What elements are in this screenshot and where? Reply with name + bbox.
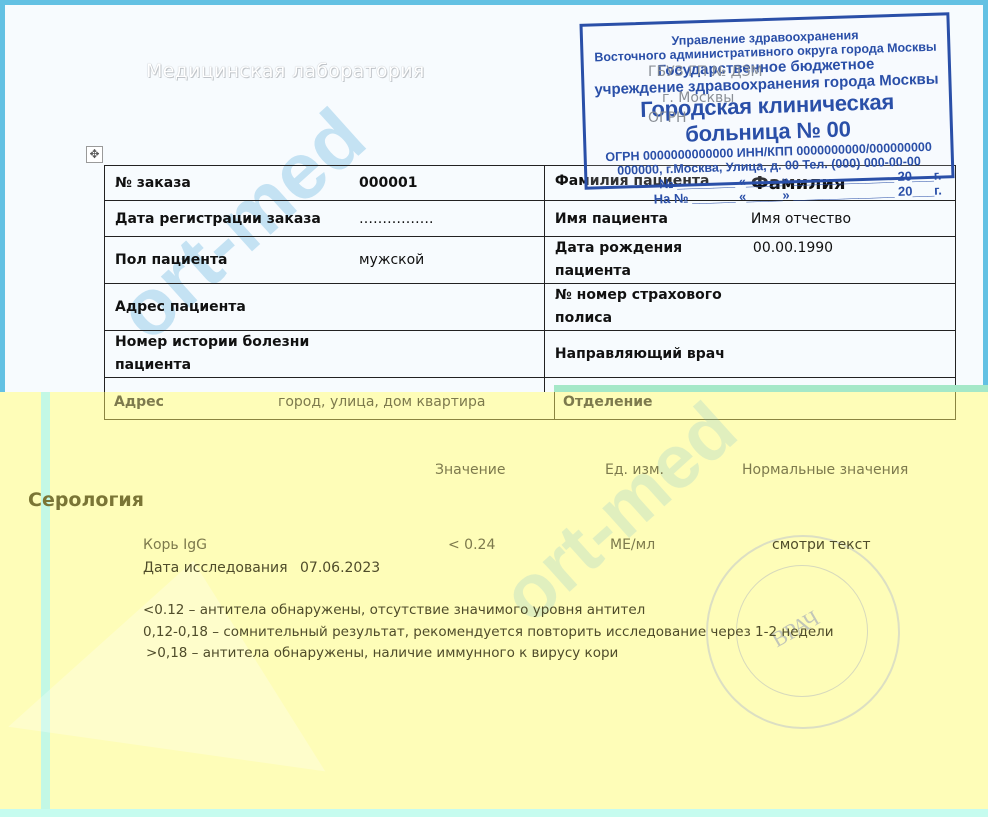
- policy-cell: № номер страхового полиса: [544, 284, 955, 331]
- sex-value[interactable]: мужской: [359, 252, 424, 268]
- table-move-handle-icon[interactable]: ✥: [86, 146, 103, 163]
- cell-divider: [554, 392, 555, 419]
- table-last-row-outline: [104, 392, 956, 420]
- window-frame-top: [0, 0, 988, 5]
- address2-value[interactable]: город, улица, дом квартира: [278, 394, 485, 410]
- order-no-value[interactable]: 000001: [359, 175, 417, 191]
- sex-label: Пол пациента: [115, 252, 359, 268]
- address2-label: Адрес: [114, 394, 164, 410]
- sex-cell: Пол пациента мужской: [105, 237, 545, 284]
- column-header-norm: Нормальные значения: [742, 462, 908, 478]
- doctor-cell: Направляющий врач: [544, 331, 955, 378]
- test-name: Корь IgG: [143, 537, 207, 553]
- address-label: Адрес пациента: [115, 299, 246, 315]
- note-line: 0,12-0,18 – сомнительный результат, реко…: [143, 624, 834, 640]
- name-value[interactable]: Имя отчество: [751, 211, 851, 227]
- dob-value[interactable]: 00.00.1990: [753, 237, 833, 260]
- study-date-value: 07.06.2023: [300, 560, 380, 576]
- note-line: >0,18 – антитела обнаружены, наличие имм…: [146, 645, 618, 661]
- history-label: Номер истории болезни пациента: [115, 331, 335, 377]
- patient-info-table: № заказа 000001 Фамилия пациента Фамилия…: [104, 165, 956, 417]
- window-frame-right: [983, 0, 988, 392]
- name-label: Имя пациента: [555, 211, 751, 227]
- window-frame-bottom: [0, 809, 988, 817]
- doctor-label: Направляющий врач: [555, 346, 725, 362]
- policy-label: № номер страхового полиса: [555, 284, 745, 330]
- column-header-unit: Ед. изм.: [605, 462, 664, 478]
- ghost-text: ГБУЗ ГП № ДЗМ: [648, 64, 763, 80]
- study-date-label: Дата исследования: [143, 560, 288, 576]
- address-cell: Адрес пациента: [105, 284, 545, 331]
- official-stamp: Управление здравоохранения Восточного ад…: [579, 12, 954, 190]
- department-label: Отделение: [563, 394, 653, 410]
- note-line: <0.12 – антитела обнаружены, отсутствие …: [143, 602, 645, 618]
- dob-label: Дата рождения пациента: [555, 237, 735, 283]
- order-no-cell: № заказа 000001: [105, 166, 545, 201]
- reg-date-cell: Дата регистрации заказа …………….: [105, 201, 545, 237]
- order-no-label: № заказа: [115, 175, 359, 191]
- column-header-value: Значение: [435, 462, 505, 478]
- table-row: Номер истории болезни пациента Направляю…: [105, 331, 956, 378]
- window-frame-left: [0, 0, 5, 392]
- reg-date-label: Дата регистрации заказа: [115, 211, 359, 227]
- dob-cell: Дата рождения пациента 00.00.1990: [544, 237, 955, 284]
- ghost-text: г. Москвы: [662, 90, 734, 106]
- section-title-serology: Серология: [28, 489, 144, 511]
- artifact-strip: [554, 385, 988, 392]
- ghost-text: ОГРН: [648, 110, 687, 126]
- reg-date-value[interactable]: …………….: [359, 211, 433, 227]
- table-row: Пол пациента мужской Дата рождения пацие…: [105, 237, 956, 284]
- table-row: Адрес пациента № номер страхового полиса: [105, 284, 956, 331]
- test-value: < 0.24: [448, 537, 495, 553]
- table-row: Дата регистрации заказа ……………. Имя пацие…: [105, 201, 956, 237]
- test-norm: смотри текст: [772, 537, 871, 553]
- lab-name-header: Медицинская лаборатория: [146, 60, 425, 82]
- test-unit: МЕ/мл: [610, 537, 655, 553]
- history-cell: Номер истории болезни пациента: [105, 331, 545, 378]
